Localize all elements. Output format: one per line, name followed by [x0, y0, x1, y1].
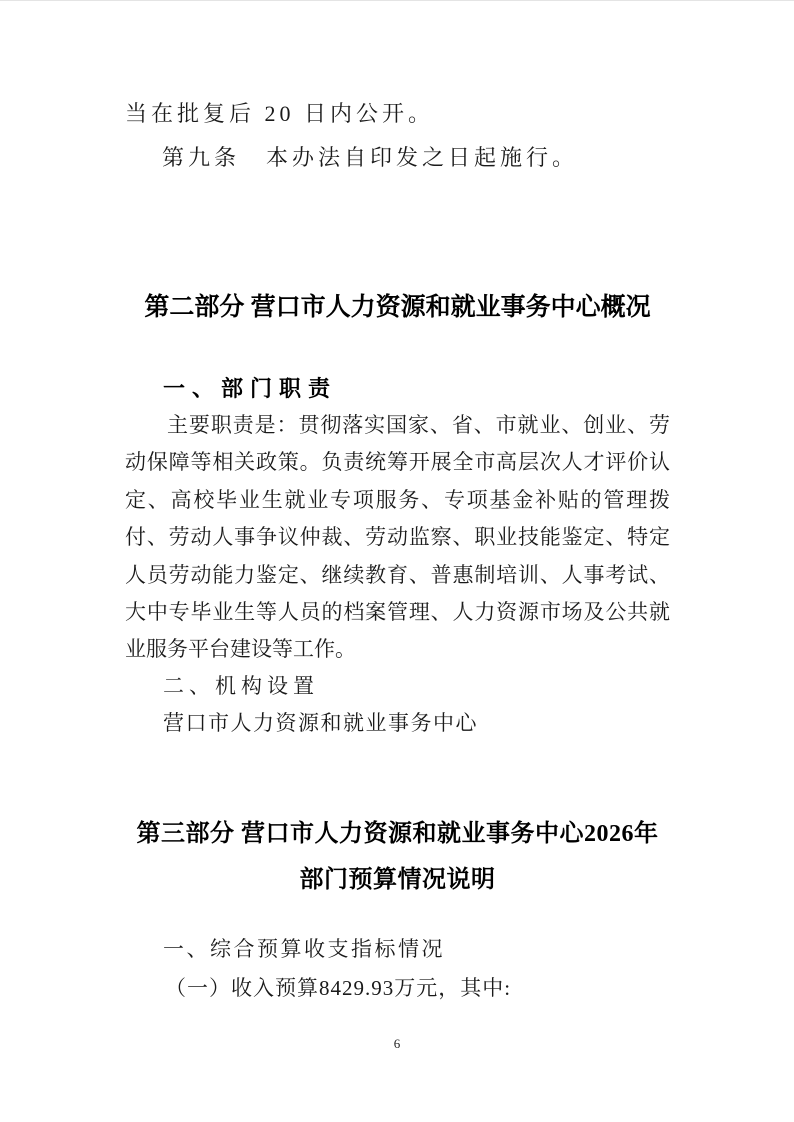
intro-continuation-line: 当在批复后 20 日内公开。: [125, 97, 670, 128]
document-page: 当在批复后 20 日内公开。 第九条 本办法自印发之日起施行。 第二部分 营口市…: [0, 0, 794, 1122]
section2-duty-heading: 一、部门职责: [125, 372, 670, 403]
section2-duty-paragraph: 主要职责是：贯彻落实国家、省、市就业、创业、劳动保障等相关政策。负责统筹开展全市…: [125, 407, 670, 669]
section3-income-item: （一）收入预算8429.93万元，其中:: [125, 972, 670, 1002]
article-nine-line: 第九条 本办法自印发之日起施行。: [125, 141, 670, 172]
section3-heading: 第三部分 营口市人力资源和就业事务中心2026年部门预算情况说明: [125, 811, 670, 903]
section3-sub-heading: 一、综合预算收支指标情况: [125, 933, 670, 963]
section2-org-heading: 二、机构设置: [125, 670, 670, 700]
section2-org-name: 营口市人力资源和就业事务中心: [125, 707, 670, 737]
section2-heading: 第二部分 营口市人力资源和就业事务中心概况: [125, 291, 670, 325]
page-number: 6: [0, 1036, 794, 1052]
